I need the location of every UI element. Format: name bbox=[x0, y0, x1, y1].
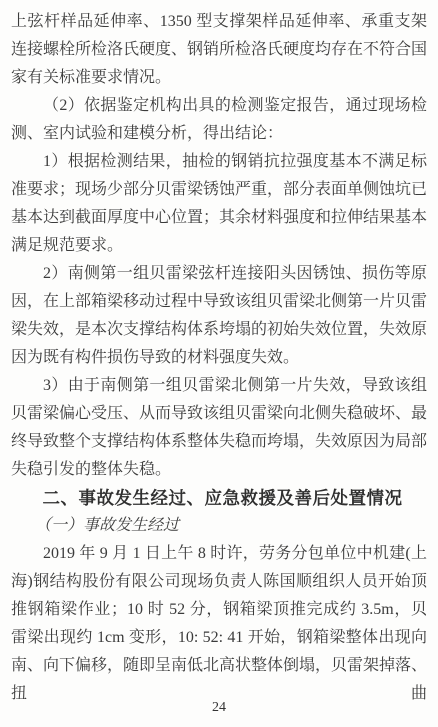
page-number: 24 bbox=[0, 700, 438, 716]
paragraph-accident-narrative: 2019 年 9 月 1 日上午 8 时许，劳务分包单位中机建(上海)钢结构股份… bbox=[11, 540, 427, 708]
paragraph-appraisal-report-intro: （2）依据鉴定机构出具的检测鉴定报告，通过现场检测、室内试验和建模分析，得出结论… bbox=[11, 92, 427, 148]
document-page: 上弦杆样品延伸率、1350 型支撑架样品延伸率、承重支架连接螺栓所检洛氏硬度、钢… bbox=[0, 0, 438, 727]
paragraph-test-results-continuation: 上弦杆样品延伸率、1350 型支撑架样品延伸率、承重支架连接螺栓所检洛氏硬度、钢… bbox=[11, 8, 427, 92]
paragraph-conclusion-3: 3）由于南侧第一组贝雷梁北侧第一片失效，导致该组贝雷梁偏心受压、从而导致该组贝雷… bbox=[11, 372, 427, 484]
paragraph-conclusion-1: 1）根据检测结果，抽检的钢销抗拉强度基本不满足标准要求；现场少部分贝雷梁锈蚀严重… bbox=[11, 148, 427, 260]
paragraph-conclusion-2: 2）南侧第一组贝雷梁弦杆连接阳头因锈蚀、损伤等原因，在上部箱梁移动过程中导致该组… bbox=[11, 260, 427, 372]
subsection-heading: （一）事故发生经过 bbox=[11, 512, 427, 540]
section-heading: 二、事故发生经过、应急救援及善后处置情况 bbox=[11, 484, 427, 512]
document-body: 上弦杆样品延伸率、1350 型支撑架样品延伸率、承重支架连接螺栓所检洛氏硬度、钢… bbox=[11, 8, 427, 708]
